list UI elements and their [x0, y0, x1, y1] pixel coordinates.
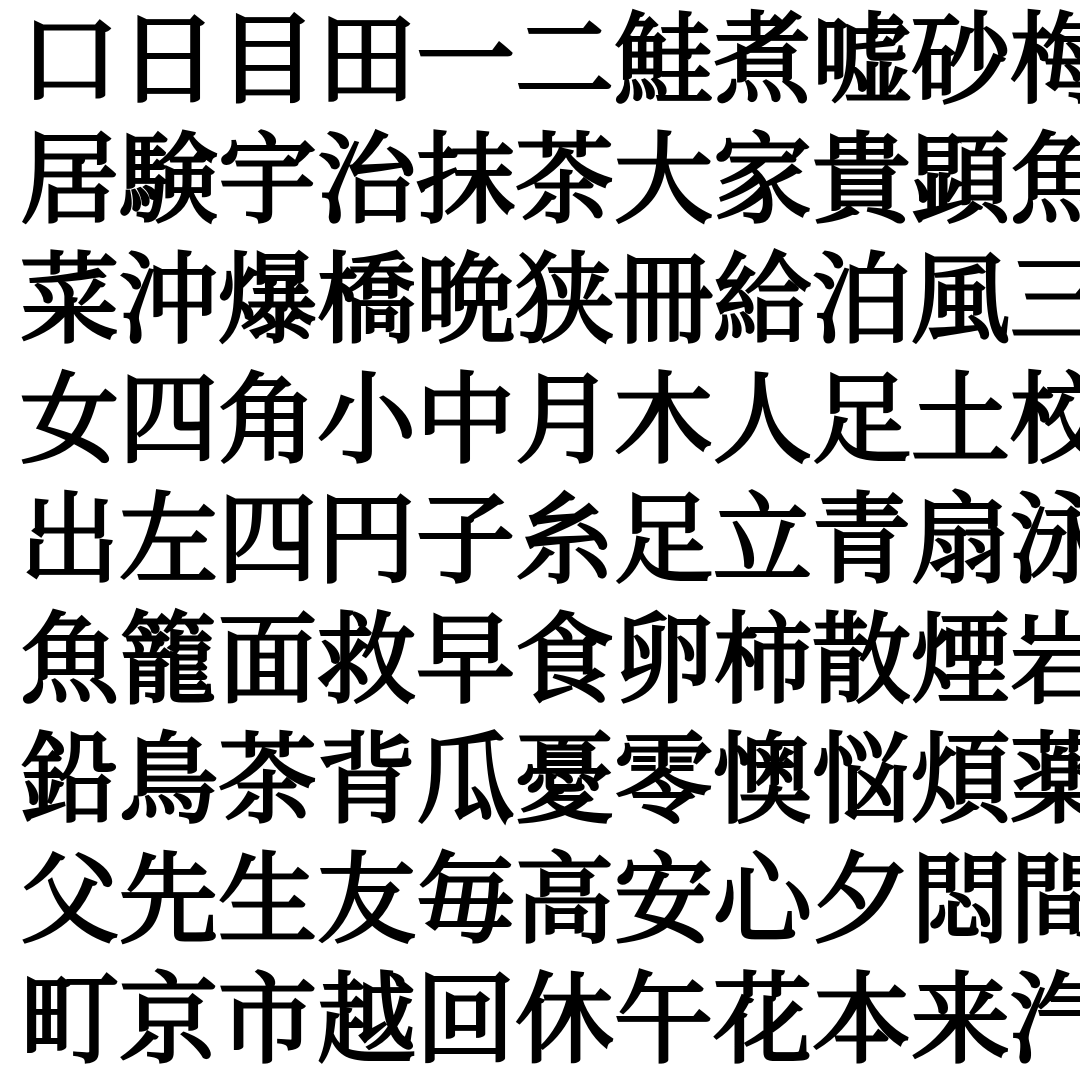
kanji-cell-r8-c6: 高 [515, 851, 614, 950]
kanji-cell-r6-c4: 救 [317, 611, 416, 710]
kanji-cell-r6-c6: 食 [515, 611, 614, 710]
kanji-cell-r5-c6: 糸 [515, 491, 614, 590]
kanji-cell-r9-c4: 越 [317, 971, 416, 1070]
kanji-row-5: 出左四円子糸足立青扇泳池 [0, 480, 1080, 600]
kanji-cell-r5-c3: 四 [218, 491, 317, 590]
kanji-cell-r4-c1: 女 [20, 371, 119, 470]
kanji-cell-r7-c1: 鉛 [20, 731, 119, 830]
kanji-cell-r2-c10: 顕 [911, 131, 1010, 230]
kanji-cell-r8-c5: 毎 [416, 851, 515, 950]
kanji-cell-r2-c3: 宇 [218, 131, 317, 230]
kanji-cell-r1-c2: 日 [119, 11, 218, 110]
kanji-cell-r8-c10: 悶 [911, 851, 1010, 950]
kanji-cell-r3-c2: 沖 [119, 251, 218, 350]
kanji-cell-r9-c11: 汽 [1010, 971, 1080, 1070]
kanji-cell-r7-c7: 零 [614, 731, 713, 830]
kanji-cell-r3-c10: 風 [911, 251, 1010, 350]
kanji-cell-r6-c8: 柿 [713, 611, 812, 710]
kanji-cell-r9-c6: 休 [515, 971, 614, 1070]
kanji-cell-r3-c8: 給 [713, 251, 812, 350]
kanji-cell-r9-c10: 来 [911, 971, 1010, 1070]
kanji-row-6: 魚籠面救早食卵柿散煙岩牛 [0, 600, 1080, 720]
kanji-cell-r2-c4: 治 [317, 131, 416, 230]
kanji-cell-r8-c3: 生 [218, 851, 317, 950]
kanji-cell-r9-c9: 本 [812, 971, 911, 1070]
kanji-cell-r1-c3: 目 [218, 11, 317, 110]
kanji-cell-r9-c2: 京 [119, 971, 218, 1070]
kanji-cell-r5-c9: 青 [812, 491, 911, 590]
kanji-cell-r8-c7: 安 [614, 851, 713, 950]
kanji-cell-r2-c5: 抹 [416, 131, 515, 230]
kanji-cell-r7-c9: 悩 [812, 731, 911, 830]
kanji-cell-r4-c3: 角 [218, 371, 317, 470]
kanji-row-2: 居験宇治抹茶大家貴顕魚歯 [0, 120, 1080, 240]
kanji-cell-r3-c9: 泊 [812, 251, 911, 350]
kanji-cell-r4-c7: 木 [614, 371, 713, 470]
kanji-cell-r8-c8: 心 [713, 851, 812, 950]
kanji-cell-r5-c10: 扇 [911, 491, 1010, 590]
kanji-cell-r2-c11: 魚 [1010, 131, 1080, 230]
kanji-cell-r5-c7: 足 [614, 491, 713, 590]
kanji-cell-r7-c3: 茶 [218, 731, 317, 830]
kanji-cell-r3-c5: 晩 [416, 251, 515, 350]
kanji-row-3: 菜沖爆橋晩狭冊給泊風三山 [0, 240, 1080, 360]
kanji-row-7: 鉛鳥茶背瓜憂零懊悩煩薬母 [0, 720, 1080, 840]
kanji-cell-r7-c5: 瓜 [416, 731, 515, 830]
kanji-cell-r7-c8: 懊 [713, 731, 812, 830]
kanji-row-8: 父先生友毎高安心夕悶間男 [0, 840, 1080, 960]
kanji-cell-r3-c6: 狭 [515, 251, 614, 350]
kanji-cell-r1-c7: 鮭 [614, 11, 713, 110]
kanji-cell-r4-c9: 足 [812, 371, 911, 470]
kanji-cell-r5-c2: 左 [119, 491, 218, 590]
kanji-cell-r1-c4: 田 [317, 11, 416, 110]
kanji-cell-r4-c6: 月 [515, 371, 614, 470]
kanji-cell-r8-c1: 父 [20, 851, 119, 950]
kanji-cell-r2-c8: 家 [713, 131, 812, 230]
kanji-cell-r7-c6: 憂 [515, 731, 614, 830]
kanji-cell-r9-c3: 市 [218, 971, 317, 1070]
kanji-cell-r9-c7: 午 [614, 971, 713, 1070]
kanji-cell-r1-c10: 砂 [911, 11, 1010, 110]
kanji-cell-r7-c4: 背 [317, 731, 416, 830]
kanji-cell-r5-c5: 子 [416, 491, 515, 590]
kanji-cell-r1-c9: 嘘 [812, 11, 911, 110]
kanji-cell-r1-c8: 煮 [713, 11, 812, 110]
kanji-cell-r2-c2: 験 [119, 131, 218, 230]
kanji-cell-r8-c4: 友 [317, 851, 416, 950]
kanji-cell-r1-c1: 口 [20, 11, 119, 110]
kanji-row-1: 口日目田一二鮭煮嘘砂梅捕 [0, 0, 1080, 120]
kanji-cell-r4-c4: 小 [317, 371, 416, 470]
kanji-cell-r6-c3: 面 [218, 611, 317, 710]
kanji-cell-r6-c9: 散 [812, 611, 911, 710]
kanji-cell-r1-c5: 一 [416, 11, 515, 110]
kanji-cell-r3-c4: 橋 [317, 251, 416, 350]
kanji-cell-r8-c2: 先 [119, 851, 218, 950]
kanji-cell-r3-c3: 爆 [218, 251, 317, 350]
kanji-cell-r2-c1: 居 [20, 131, 119, 230]
kanji-cell-r4-c11: 校 [1010, 371, 1080, 470]
kanji-cell-r4-c2: 四 [119, 371, 218, 470]
kanji-cell-r2-c9: 貴 [812, 131, 911, 230]
kanji-cell-r5-c1: 出 [20, 491, 119, 590]
kanji-sheet: 口日目田一二鮭煮嘘砂梅捕居験宇治抹茶大家貴顕魚歯菜沖爆橋晩狭冊給泊風三山女四角小… [0, 0, 1080, 1080]
kanji-cell-r6-c10: 煙 [911, 611, 1010, 710]
kanji-cell-r9-c1: 町 [20, 971, 119, 1070]
kanji-cell-r6-c5: 早 [416, 611, 515, 710]
kanji-cell-r5-c11: 泳 [1010, 491, 1080, 590]
kanji-cell-r2-c6: 茶 [515, 131, 614, 230]
kanji-cell-r5-c4: 円 [317, 491, 416, 590]
kanji-cell-r9-c5: 回 [416, 971, 515, 1070]
kanji-cell-r8-c9: 夕 [812, 851, 911, 950]
kanji-cell-r3-c7: 冊 [614, 251, 713, 350]
kanji-row-9: 町京市越回休午花本来汽飛 [0, 960, 1080, 1080]
kanji-cell-r4-c5: 中 [416, 371, 515, 470]
kanji-cell-r3-c1: 菜 [20, 251, 119, 350]
kanji-cell-r6-c7: 卵 [614, 611, 713, 710]
kanji-cell-r1-c6: 二 [515, 11, 614, 110]
kanji-cell-r2-c7: 大 [614, 131, 713, 230]
kanji-cell-r7-c11: 薬 [1010, 731, 1080, 830]
kanji-cell-r6-c1: 魚 [20, 611, 119, 710]
kanji-cell-r4-c8: 人 [713, 371, 812, 470]
kanji-cell-r7-c2: 鳥 [119, 731, 218, 830]
kanji-cell-r9-c8: 花 [713, 971, 812, 1070]
kanji-cell-r4-c10: 土 [911, 371, 1010, 470]
kanji-cell-r8-c11: 間 [1010, 851, 1080, 950]
kanji-cell-r6-c11: 岩 [1010, 611, 1080, 710]
kanji-cell-r5-c8: 立 [713, 491, 812, 590]
kanji-cell-r3-c11: 三 [1010, 251, 1080, 350]
kanji-row-4: 女四角小中月木人足土校田 [0, 360, 1080, 480]
kanji-cell-r1-c11: 梅 [1010, 11, 1080, 110]
kanji-cell-r6-c2: 籠 [119, 611, 218, 710]
kanji-cell-r7-c10: 煩 [911, 731, 1010, 830]
